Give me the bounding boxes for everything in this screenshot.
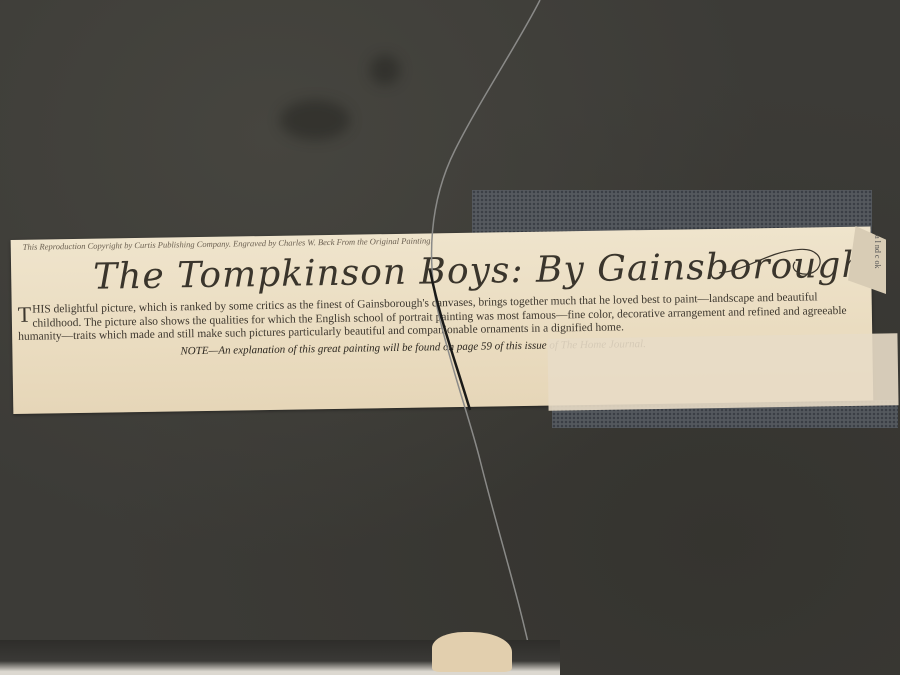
board-dent: [280, 100, 350, 140]
flourish-ornament: [717, 241, 828, 283]
paper-chip: [432, 632, 512, 672]
drop-cap: T: [18, 304, 32, 326]
copyright-line: This Reproduction Copyright by Curtis Pu…: [23, 235, 433, 251]
board-dent: [370, 55, 400, 85]
label-tape-overlay: [547, 333, 898, 410]
